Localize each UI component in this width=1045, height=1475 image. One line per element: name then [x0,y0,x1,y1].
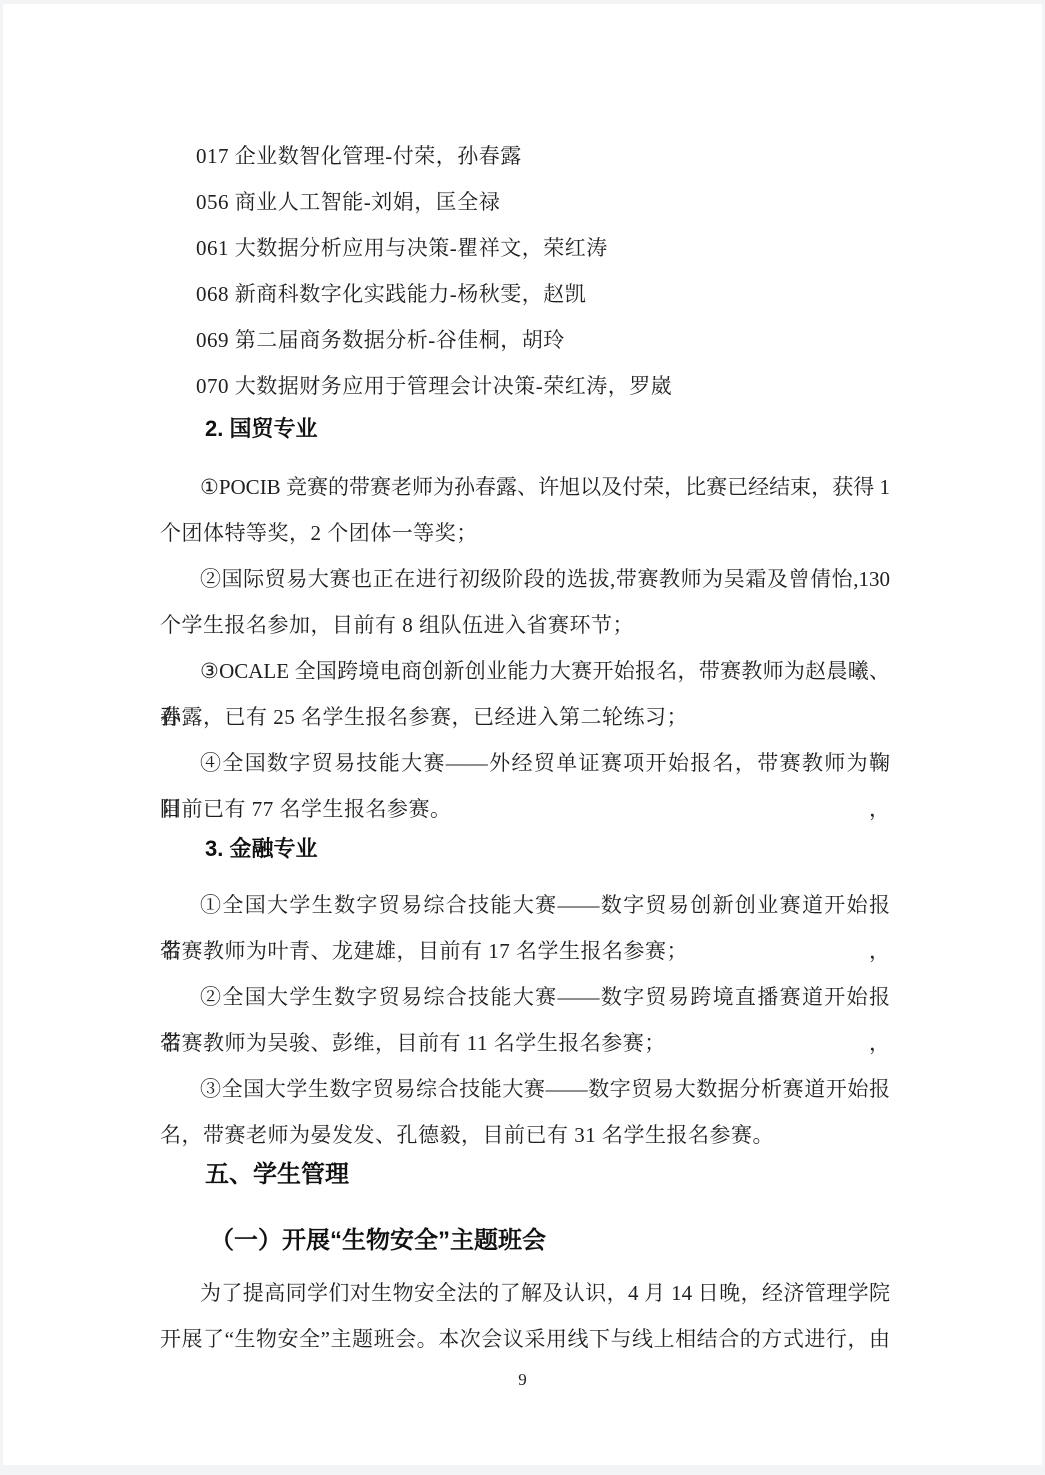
paragraph-line: ①全国大学生数字贸易综合技能大赛——数字贸易创新创业赛道开始报名， [160,882,890,928]
section-finance-body: ①全国大学生数字贸易综合技能大赛——数字贸易创新创业赛道开始报名， 带赛教师为叶… [160,882,890,1158]
document-page: 017 企业数智化管理-付荣，孙春露 056 商业人工智能-刘娟，匡全禄 061… [3,4,1042,1465]
course-list-item: 068 新商科数字化实践能力-杨秋雯，赵凯 [160,271,890,317]
section-student-body: 为了提高同学们对生物安全法的了解及认识，4 月 14 日晚，经济管理学院 开展了… [160,1270,890,1362]
course-list-item: 069 第二届商务数据分析-谷佳桐，胡玲 [160,317,890,363]
paragraph-line: 个团体特等奖，2 个团体一等奖； [160,510,890,556]
course-list-item: 070 大数据财务应用于管理会计决策-荣红涛，罗崴 [160,363,890,409]
section-heading-finance-major: 3. 金融专业 [205,826,890,872]
competition-course-list: 017 企业数智化管理-付荣，孙春露 056 商业人工智能-刘娟，匡全禄 061… [160,133,890,409]
paragraph-line: 春露，已有 25 名学生报名参赛，已经进入第二轮练习； [160,694,890,740]
page-content: 017 企业数智化管理-付荣，孙春露 056 商业人工智能-刘娟，匡全禄 061… [160,4,890,1362]
paragraph-line: ③全国大学生数字贸易综合技能大赛——数字贸易大数据分析赛道开始报 [160,1066,890,1112]
course-list-item: 017 企业数智化管理-付荣，孙春露 [160,133,890,179]
paragraph-line: ④全国数字贸易技能大赛——外经贸单证赛项开始报名，带赛教师为鞠阳， [160,740,890,786]
paragraph-line: 为了提高同学们对生物安全法的了解及认识，4 月 14 日晚，经济管理学院 [160,1270,890,1316]
paragraph-line: ②全国大学生数字贸易综合技能大赛——数字贸易跨境直播赛道开始报名， [160,974,890,1020]
section-heading-trade-major: 2. 国贸专业 [205,406,890,452]
course-list-item: 056 商业人工智能-刘娟，匡全禄 [160,179,890,225]
paragraph-line: ①POCIB 竞赛的带赛老师为孙春露、许旭以及付荣，比赛已经结束，获得 1 [160,464,890,510]
paragraph-line: ③OCALE 全国跨境电商创新创业能力大赛开始报名，带赛教师为赵晨曦、孙 [160,648,890,694]
subsection-heading-biosafety-class-meeting: （一）开展“生物安全”主题班会 [210,1218,890,1264]
page-number: 9 [3,1370,1042,1390]
course-list-item: 061 大数据分析应用与决策-瞿祥文，荣红涛 [160,225,890,271]
paragraph-line: 个学生报名参加，目前有 8 组队伍进入省赛环节； [160,602,890,648]
paragraph-line: ②国际贸易大赛也正在进行初级阶段的选拔,带赛教师为吴霜及曾倩怡,130 [160,556,890,602]
paragraph-line: 开展了“生物安全”主题班会。本次会议采用线下与线上相结合的方式进行，由 [160,1316,890,1362]
section-heading-student-management: 五、学生管理 [205,1152,890,1198]
section-trade-body: ①POCIB 竞赛的带赛老师为孙春露、许旭以及付荣，比赛已经结束，获得 1 个团… [160,464,890,832]
